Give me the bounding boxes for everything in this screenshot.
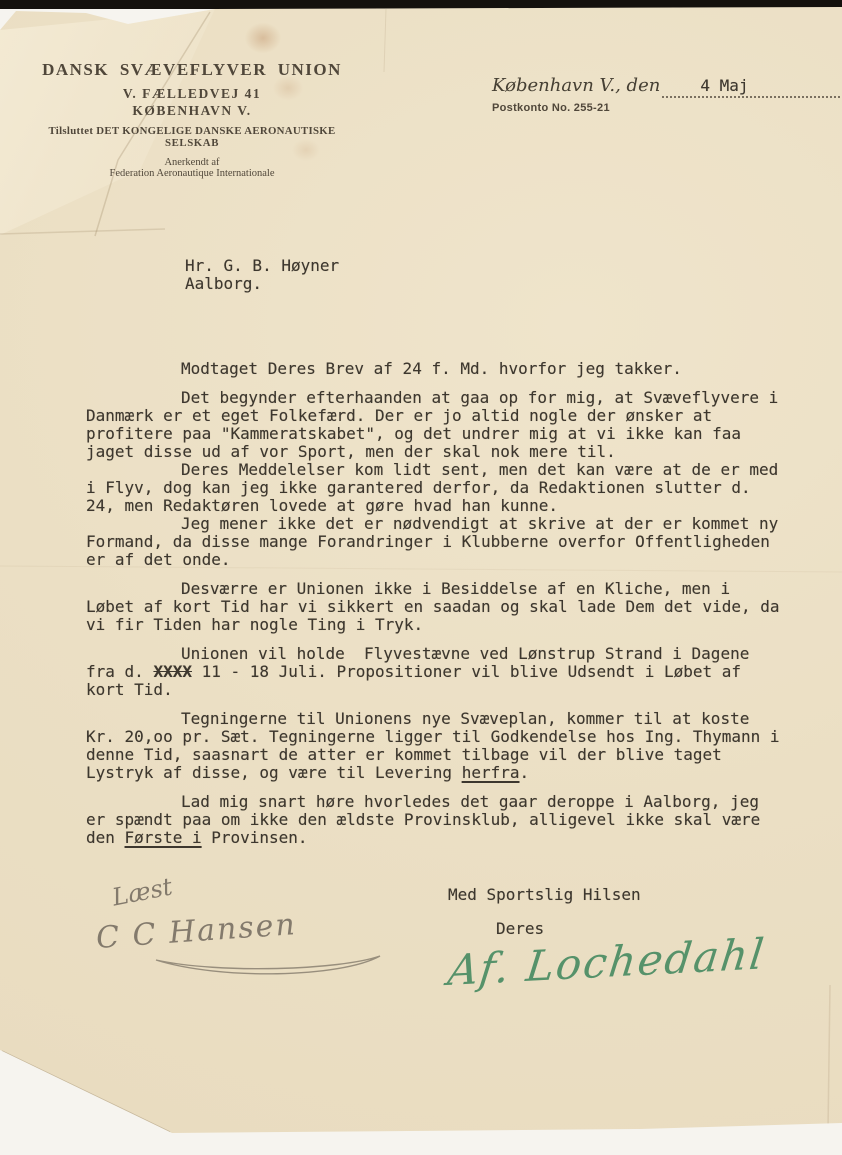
paragraph: Unionen vil holde Flyvestævne ved Lønstr…: [86, 645, 780, 699]
affiliation-line-2: SELSKAB: [34, 137, 350, 149]
paragraph: Det begynder efterhaanden at gaa op for …: [86, 389, 780, 461]
org-name: DANSK SVÆVEFLYVER UNION: [34, 60, 350, 80]
text-segment: Modtaget Deres Brev af 24 f. Md. hvorfor…: [181, 359, 682, 378]
text-segment: Jeg mener ikke det er nødvendigt at skri…: [86, 514, 788, 569]
closing-block: Med Sportslig Hilsen Deres: [448, 886, 641, 938]
text-segment: Desværre er Unionen ikke i Besiddelse af…: [86, 579, 789, 634]
paragraph: Tegningerne til Unionens nye Svæveplan, …: [86, 710, 780, 782]
address-city: KØBENHAVN V.: [34, 103, 350, 119]
letterhead: DANSK SVÆVEFLYVER UNION V. FÆLLEDVEJ 41 …: [34, 60, 350, 179]
recognition-line-2: Federation Aeronautique Internationale: [34, 168, 350, 179]
text-segment: Deres Meddelelser kom lidt sent, men det…: [86, 460, 788, 515]
text-segment: .: [519, 763, 529, 782]
dateline: København V., den 4 Maj 193 7". Postkont…: [492, 74, 828, 114]
date-value: 4 Maj: [700, 76, 748, 95]
paragraph: Lad mig snart høre hvorledes det gaar de…: [86, 793, 780, 847]
paragraph: Modtaget Deres Brev af 24 f. Md. hvorfor…: [86, 360, 780, 378]
recipient-city: Aalborg.: [185, 275, 339, 293]
recipient-block: Hr. G. B. Høyner Aalborg.: [185, 257, 339, 293]
text-segment: Provinsen.: [202, 828, 308, 847]
postkonto-label: Postkonto No. 255-21: [492, 102, 828, 114]
pencil-note: Læst: [110, 872, 175, 911]
pencil-flourish-icon: [150, 950, 390, 982]
recognition-line-1: Anerkendt af: [34, 157, 350, 168]
text-segment: Første i: [125, 828, 202, 847]
affiliation-line-1: Tilsluttet DET KONGELIGE DANSKE AERONAUT…: [34, 125, 350, 137]
dateline-place: København V., den: [492, 75, 660, 96]
closing-yours: Deres: [496, 920, 641, 938]
paragraph: Desværre er Unionen ikke i Besiddelse af…: [86, 580, 780, 634]
text-segment: XXXX: [153, 662, 192, 681]
closing-salutation: Med Sportslig Hilsen: [448, 886, 641, 904]
pencil-signature: C C Hansen: [95, 907, 298, 956]
date-field: 4 Maj: [662, 76, 842, 98]
text-segment: Tegningerne til Unionens nye Svæveplan, …: [86, 709, 789, 782]
letter-paper: DANSK SVÆVEFLYVER UNION V. FÆLLEDVEJ 41 …: [0, 0, 842, 1155]
text-segment: Det begynder efterhaanden at gaa op for …: [86, 388, 788, 461]
scanned-letter: DANSK SVÆVEFLYVER UNION V. FÆLLEDVEJ 41 …: [0, 0, 842, 1155]
address-street: V. FÆLLEDVEJ 41: [34, 86, 350, 102]
paragraph: Jeg mener ikke det er nødvendigt at skri…: [86, 515, 780, 569]
text-segment: herfra: [462, 763, 520, 782]
recipient-name: Hr. G. B. Høyner: [185, 257, 339, 275]
letter-body: Modtaget Deres Brev af 24 f. Md. hvorfor…: [86, 360, 780, 847]
paragraph: Deres Meddelelser kom lidt sent, men det…: [86, 461, 780, 515]
